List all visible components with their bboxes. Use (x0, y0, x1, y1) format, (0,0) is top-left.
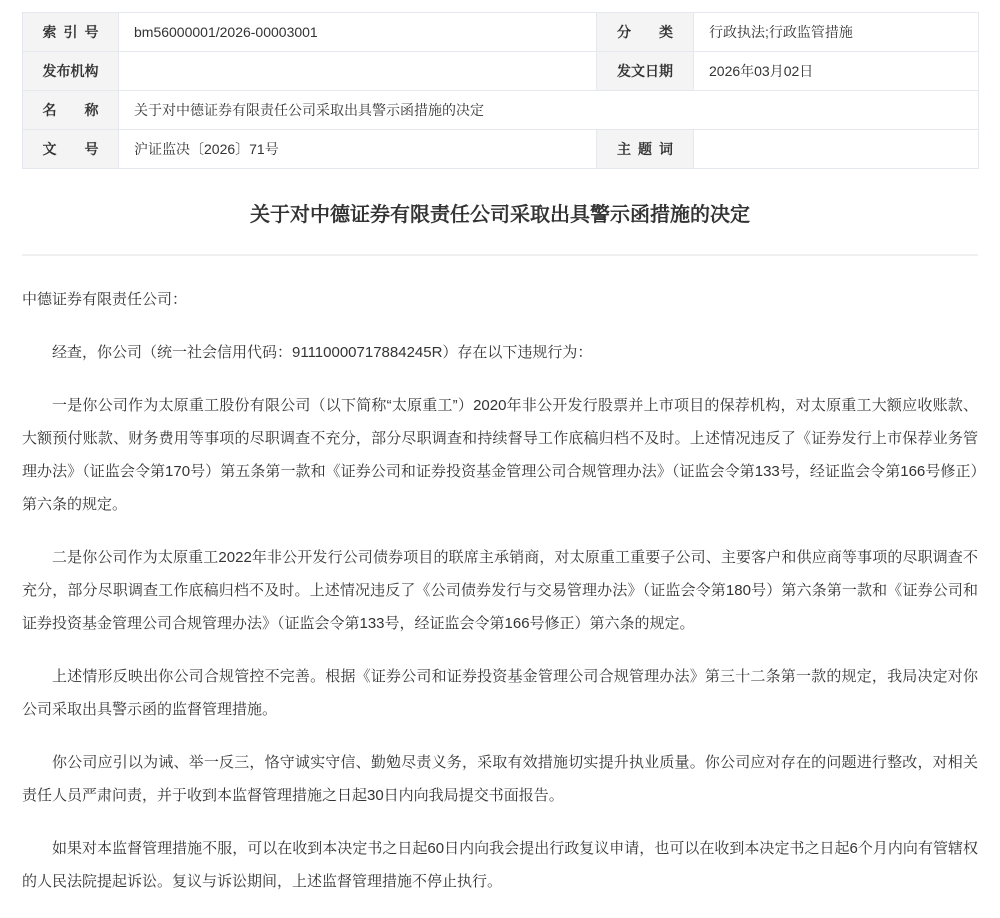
body-paragraph-3: 二是你公司作为太原重工2022年非公开发行公司债券项目的联席主承销商，对太原重工… (22, 541, 978, 640)
meta-label-subject-words-text: 主题词 (617, 139, 673, 159)
page-title: 关于对中德证券有限责任公司采取出具警示函措施的决定 (22, 201, 978, 229)
meta-label-name: 名称 (23, 91, 119, 130)
body-paragraph-6: 如果对本监督管理措施不服，可以在收到本决定书之日起60日内向我会提出行政复议申请… (22, 832, 978, 898)
meta-label-index-no-text: 索引号 (43, 22, 99, 42)
meta-label-issue-date-text: 发文日期 (617, 61, 673, 81)
body-paragraph-4: 上述情形反映出你公司合规管控不完善。根据《证券公司和证券投资基金管理公司合规管理… (22, 660, 978, 726)
body-paragraph-1: 经查，你公司（统一社会信用代码：91110000717884245R）存在以下违… (22, 336, 978, 369)
meta-value-category: 行政执法;行政监管措施 (694, 13, 979, 52)
meta-label-doc-no-text: 文号 (43, 139, 99, 159)
meta-value-index-no: bm56000001/2026-00003001 (119, 13, 597, 52)
document-meta-table: 索引号 bm56000001/2026-00003001 分类 行政执法;行政监… (22, 12, 979, 169)
meta-value-subject-words (694, 130, 979, 169)
document-body: 中德证券有限责任公司： 经查，你公司（统一社会信用代码：911100007178… (22, 283, 978, 898)
meta-value-name: 关于对中德证券有限责任公司采取出具警示函措施的决定 (119, 91, 979, 130)
title-divider (22, 254, 978, 256)
body-paragraph-2: 一是你公司作为太原重工股份有限公司（以下简称“太原重工”）2020年非公开发行股… (22, 389, 978, 521)
meta-value-publisher (119, 52, 597, 91)
body-paragraph-5: 你公司应引以为诫、举一反三，恪守诚实守信、勤勉尽责义务，采取有效措施切实提升执业… (22, 746, 978, 812)
meta-label-subject-words: 主题词 (597, 130, 694, 169)
meta-label-category-text: 分类 (617, 22, 673, 42)
meta-row-name: 名称 关于对中德证券有限责任公司采取出具警示函措施的决定 (23, 91, 979, 130)
document-page: 索引号 bm56000001/2026-00003001 分类 行政执法;行政监… (0, 12, 1000, 898)
meta-label-name-text: 名称 (43, 100, 99, 120)
meta-label-index-no: 索引号 (23, 13, 119, 52)
salutation-paragraph: 中德证券有限责任公司： (22, 283, 978, 316)
meta-label-doc-no: 文号 (23, 130, 119, 169)
meta-row-index: 索引号 bm56000001/2026-00003001 分类 行政执法;行政监… (23, 13, 979, 52)
meta-label-issue-date: 发文日期 (597, 52, 694, 91)
meta-value-doc-no: 沪证监决〔2026〕71号 (119, 130, 597, 169)
meta-row-agency-date: 发布机构 发文日期 2026年03月02日 (23, 52, 979, 91)
meta-label-category: 分类 (597, 13, 694, 52)
meta-label-publisher: 发布机构 (23, 52, 119, 91)
meta-row-docno-subject: 文号 沪证监决〔2026〕71号 主题词 (23, 130, 979, 169)
meta-value-issue-date: 2026年03月02日 (694, 52, 979, 91)
meta-label-publisher-text: 发布机构 (43, 61, 99, 81)
